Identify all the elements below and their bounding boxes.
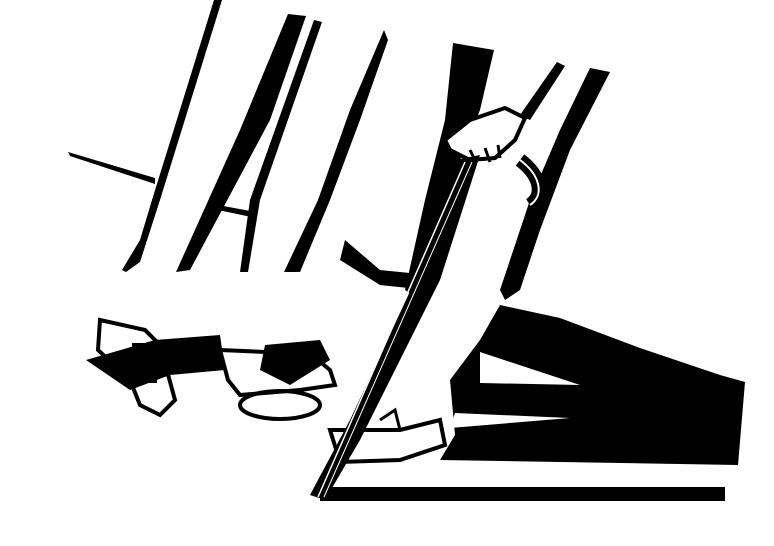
floor-line bbox=[68, 152, 155, 184]
ink-illustration bbox=[0, 0, 774, 546]
left-figure-legs bbox=[98, 0, 388, 419]
ground-shadow bbox=[86, 305, 745, 501]
